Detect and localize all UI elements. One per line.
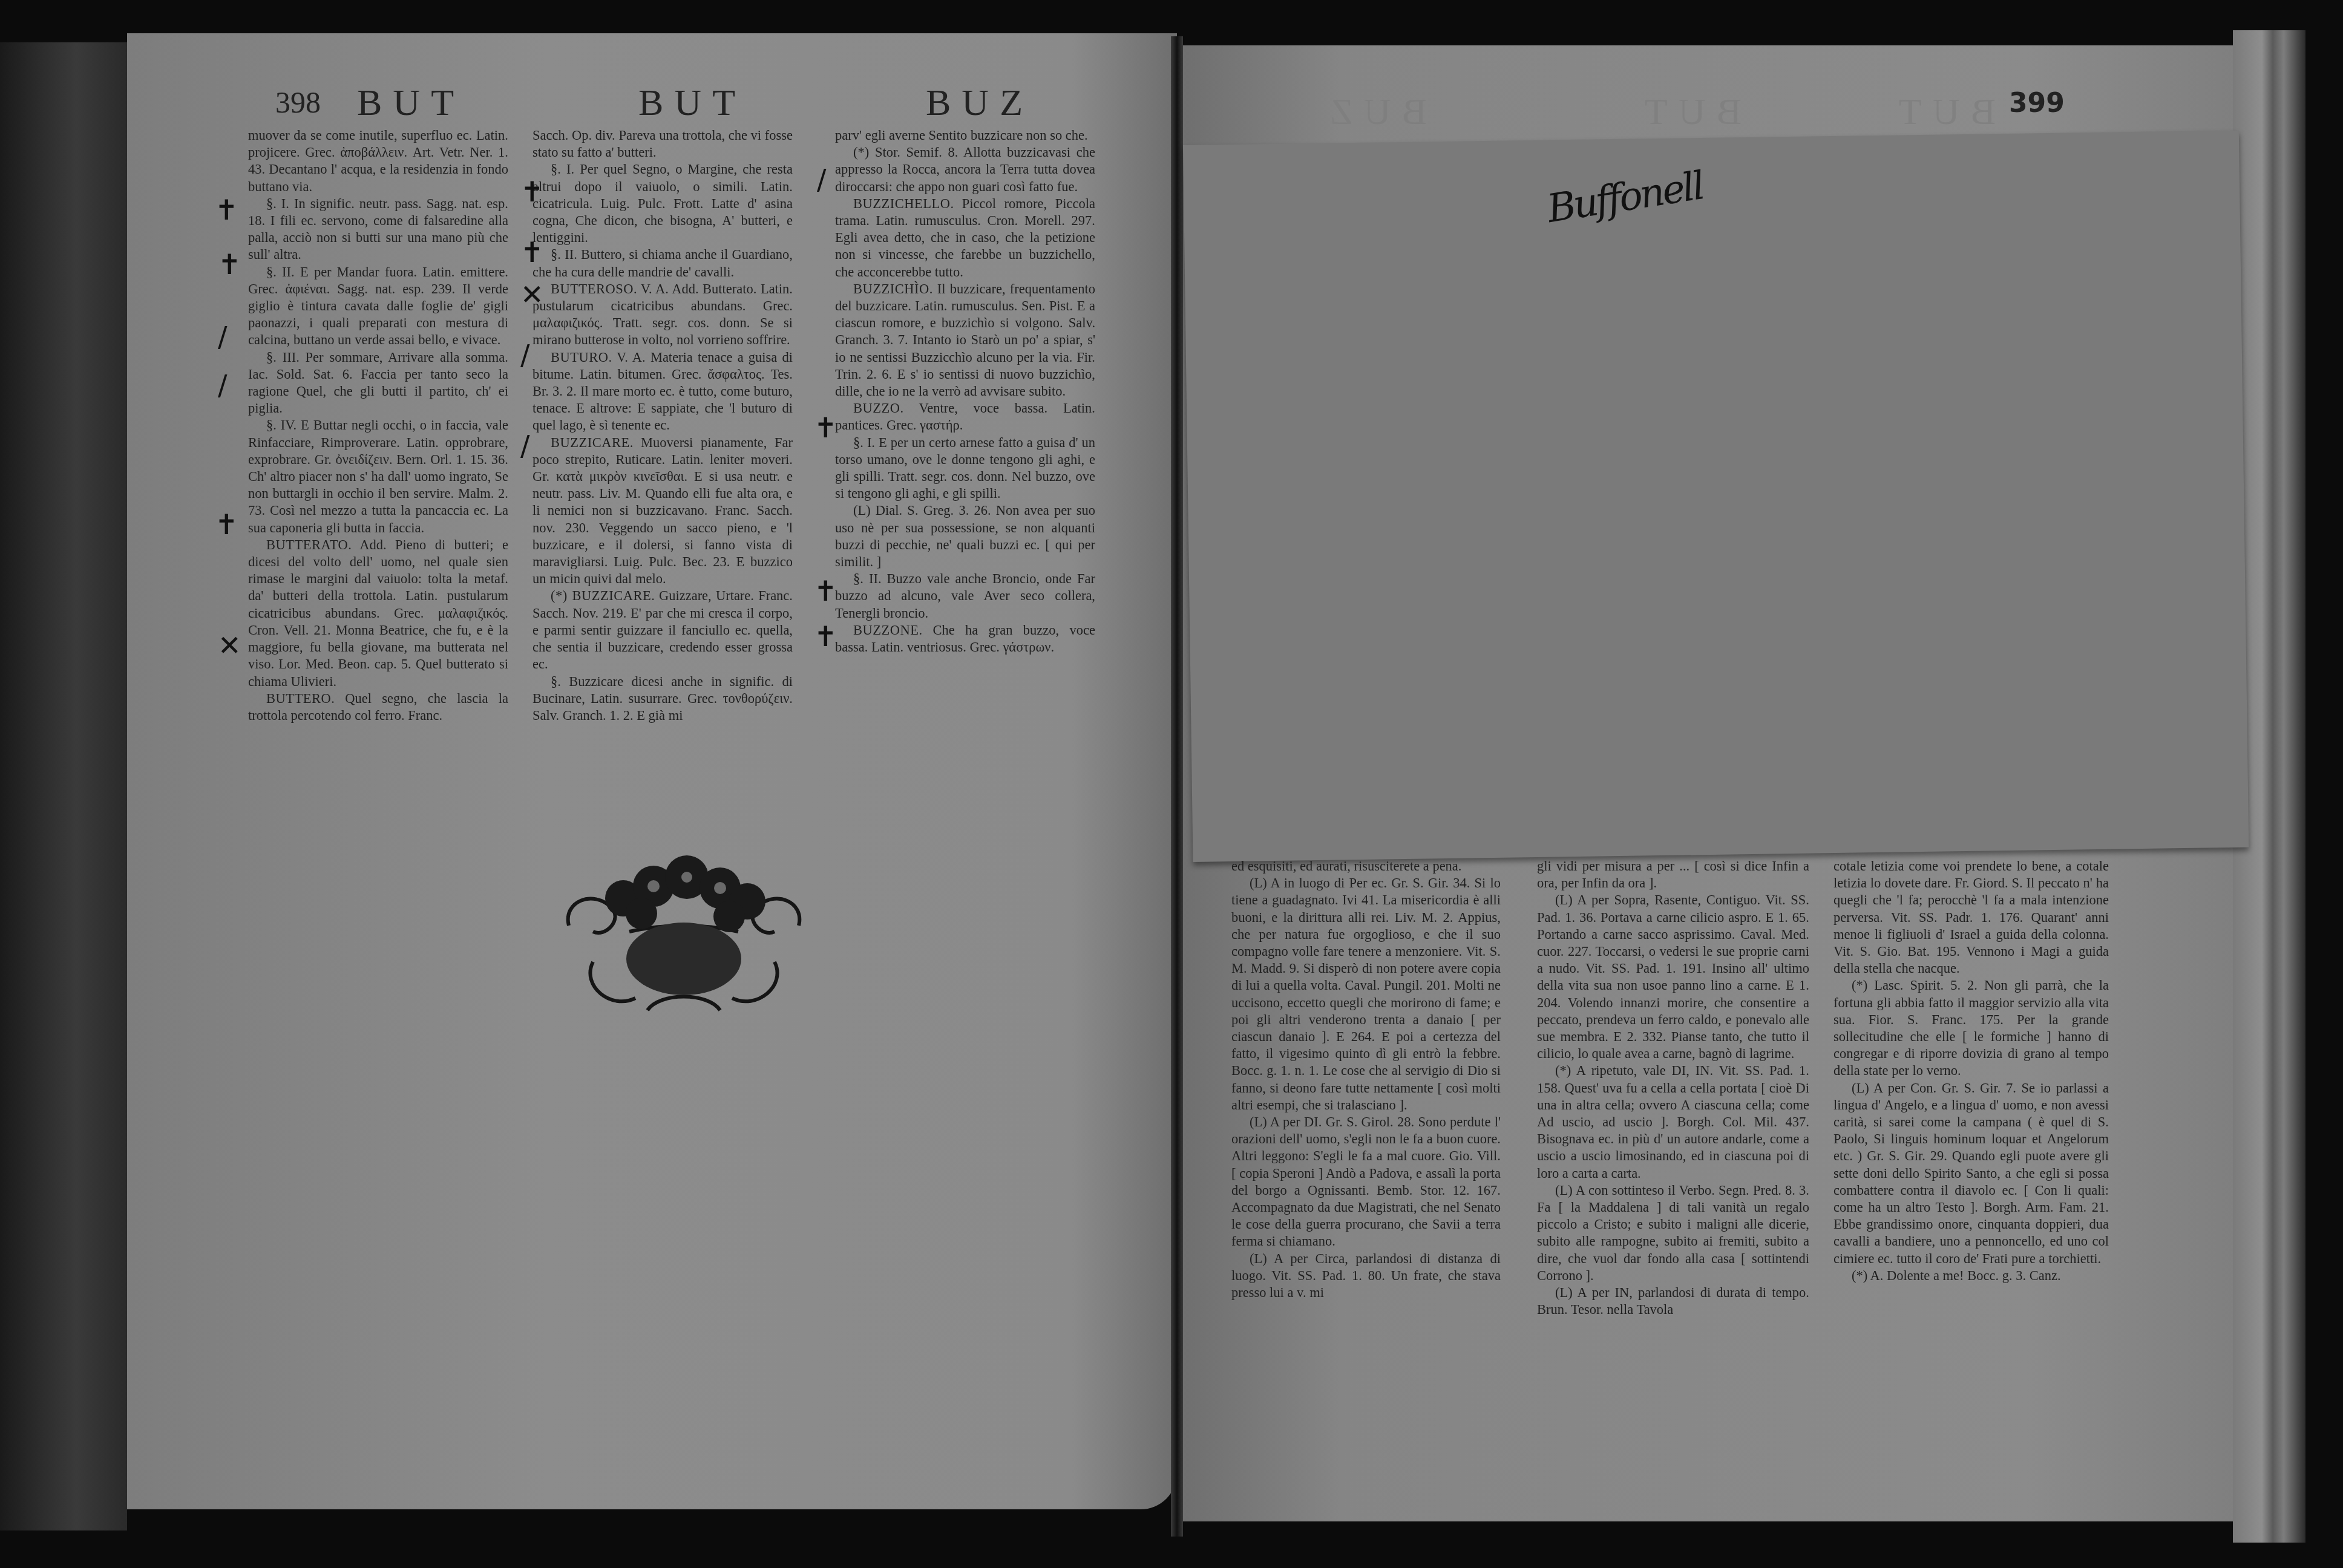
paragraph: (*) Stor. Semif. 8. Allotta buzzicavasi … <box>835 144 1095 195</box>
paragraph: (L) A per Circa, parlandosi di distanza … <box>1231 1250 1501 1302</box>
running-head-left-1: BUT <box>357 82 465 125</box>
paragraph: §. IV. E Buttar negli occhi, o in faccia… <box>248 417 508 536</box>
book-gutter <box>1171 36 1183 1537</box>
paragraph: §. II. Buzzo vale anche Broncio, onde Fa… <box>835 570 1095 622</box>
paragraph: §. II. E per Mandar fuora. Latin. emitte… <box>248 264 508 349</box>
paragraph: (*) A. Dolente a me! Bocc. g. 3. Canz. <box>1833 1267 2109 1284</box>
paragraph: (L) A per DI. Gr. S. Girol. 28. Sono per… <box>1231 1114 1501 1250</box>
margin-cross-mark-icon: ✝ <box>218 248 241 281</box>
inserted-paper-slip: Buffonell <box>1183 131 2249 862</box>
margin-tick-mark-icon: ✕ <box>520 278 544 311</box>
left-column-2: Sacch. Op. div. Pareva una trottola, che… <box>532 127 793 724</box>
dictionary-entry: BUZZICHÌO. Il buzzicare, frequentamento … <box>835 281 1095 400</box>
dictionary-entry: BUZZO. Ventre, voce bassa. Latin. pantic… <box>835 400 1095 434</box>
paragraph: §. I. In signific. neutr. pass. Sagg. na… <box>248 195 508 264</box>
right-column-2: gli vidi per misura a per ... [ così si … <box>1537 858 1809 1318</box>
headword: BUZZICHÌO <box>853 281 929 296</box>
right-column-1: ed esquisiti, ed aurati, risusciterete a… <box>1231 858 1501 1301</box>
dictionary-entry: BUTURO. V. A. Materia tenace a guisa di … <box>532 349 793 434</box>
margin-cross-mark-icon: ✕ <box>218 629 241 662</box>
paragraph: (L) A per Con. Gr. S. Gir. 7. Se io parl… <box>1833 1080 2109 1267</box>
running-head-left-2: BUT <box>638 82 746 125</box>
margin-cross-mark-icon: ✝ <box>814 620 837 653</box>
definition: . Muoversi pianamente, Far poco strepito… <box>532 435 793 587</box>
ghost-running-head-2: BUT <box>1634 91 1742 134</box>
paragraph: gli vidi per misura a per ... [ così si … <box>1537 858 1809 892</box>
paragraph: §. III. Per sommare, Arrivare alla somma… <box>248 349 508 417</box>
dictionary-entry: (*) BUZZICARE. Guizzare, Urtare. Franc. … <box>532 587 793 673</box>
headword: BUTURO <box>551 350 609 365</box>
ghost-running-head-1: BUZ <box>1319 91 1427 134</box>
dictionary-entry: BUTTEROSO. V. A. Add. Butterato. Latin. … <box>532 281 793 349</box>
headword: BUTTERO <box>266 691 331 706</box>
left-column-1: muover da se come inutile, superfluo ec.… <box>248 127 508 724</box>
margin-tick-mark-icon: / <box>218 369 228 402</box>
headword: BUZZICHELLO <box>853 196 950 211</box>
paragraph: ed esquisiti, ed aurati, risusciterete a… <box>1231 858 1501 875</box>
dictionary-entry: BUTTERATO. Add. Pieno di butteri; e dice… <box>248 537 508 690</box>
margin-tick-mark-icon: / <box>218 321 228 353</box>
paragraph: muover da se come inutile, superfluo ec.… <box>248 127 508 195</box>
margin-cross-mark-icon: ✝ <box>814 411 837 444</box>
book-fore-edge-left <box>0 42 127 1530</box>
flower-basket-ornament-icon <box>557 841 811 1028</box>
right-column-3: cotale letizia come voi prendete lo bene… <box>1833 858 2109 1284</box>
margin-tick-mark-icon: / <box>520 430 530 462</box>
page-number-right: 399 <box>2009 88 2065 119</box>
dictionary-entry: BUZZICHELLO. Piccol romore, Piccola tram… <box>835 195 1095 281</box>
margin-cross-mark-icon: ✝ <box>814 575 837 607</box>
dictionary-entry: BUZZICARE. Muoversi pianamente, Far poco… <box>532 434 793 588</box>
paragraph: §. I. E per un certo arnese fatto a guis… <box>835 434 1095 503</box>
paragraph: (*) Lasc. Spirit. 5. 2. Non gli parrà, c… <box>1833 977 2109 1079</box>
paragraph: (L) A per IN, parlandosi di durata di te… <box>1537 1284 1809 1318</box>
margin-cross-mark-icon: ✝ <box>215 508 238 541</box>
definition: . Add. Pieno di butteri; e dicesi del vo… <box>248 537 508 689</box>
handwritten-inscription: Buffonell <box>1544 163 1705 232</box>
margin-cross-mark-icon: ✝ <box>215 194 238 226</box>
page-number-left: 398 <box>275 85 321 120</box>
paragraph: (*) A ripetuto, vale DI, IN. Vit. SS. Pa… <box>1537 1062 1809 1181</box>
headword: BUZZONE <box>853 622 919 638</box>
running-head-left-3: BUZ <box>926 82 1034 125</box>
headword: BUTTERATO <box>266 537 348 552</box>
paragraph: (L) A per Sopra, Rasente, Contiguo. Vit.… <box>1537 892 1809 1062</box>
paragraph: §. I. Per quel Segno, o Margine, che res… <box>532 161 793 246</box>
margin-tick-mark-icon: / <box>520 339 530 371</box>
paragraph: Sacch. Op. div. Pareva una trottola, che… <box>532 127 793 161</box>
paragraph: (L) A in luogo di Per ec. Gr. S. Gir. 34… <box>1231 875 1501 1114</box>
paragraph: §. Buzzicare dicesi anche in signific. d… <box>532 673 793 725</box>
headword: BUZZO <box>853 400 900 416</box>
headword: BUZZICARE <box>551 435 630 450</box>
paragraph: (L) Dial. S. Greg. 3. 26. Non avea per s… <box>835 502 1095 570</box>
margin-tick-mark-icon: / <box>817 163 827 196</box>
paragraph: §. II. Buttero, si chiama anche il Guard… <box>532 246 793 280</box>
headword: (*) BUZZICARE <box>551 588 651 603</box>
dictionary-entry: BUTTERO. Quel segno, che lascia la trott… <box>248 690 508 724</box>
definition: . Il buzzicare, frequentamento del buzzi… <box>835 281 1095 399</box>
paragraph: parv' egli averne Sentito buzzicare non … <box>835 127 1095 144</box>
paragraph: (L) A con sottinteso il Verbo. Segn. Pre… <box>1537 1182 1809 1284</box>
ghost-running-head-3: BUT <box>1888 91 1996 134</box>
left-column-3: parv' egli averne Sentito buzzicare non … <box>835 127 1095 656</box>
paragraph: cotale letizia come voi prendete lo bene… <box>1833 858 2109 977</box>
margin-cross-mark-icon: ✝ <box>520 236 544 269</box>
margin-cross-mark-icon: ✝ <box>520 175 544 208</box>
dictionary-entry: BUZZONE. Che ha gran buzzo, voce bassa. … <box>835 622 1095 656</box>
headword: BUTTEROSO <box>551 281 634 296</box>
